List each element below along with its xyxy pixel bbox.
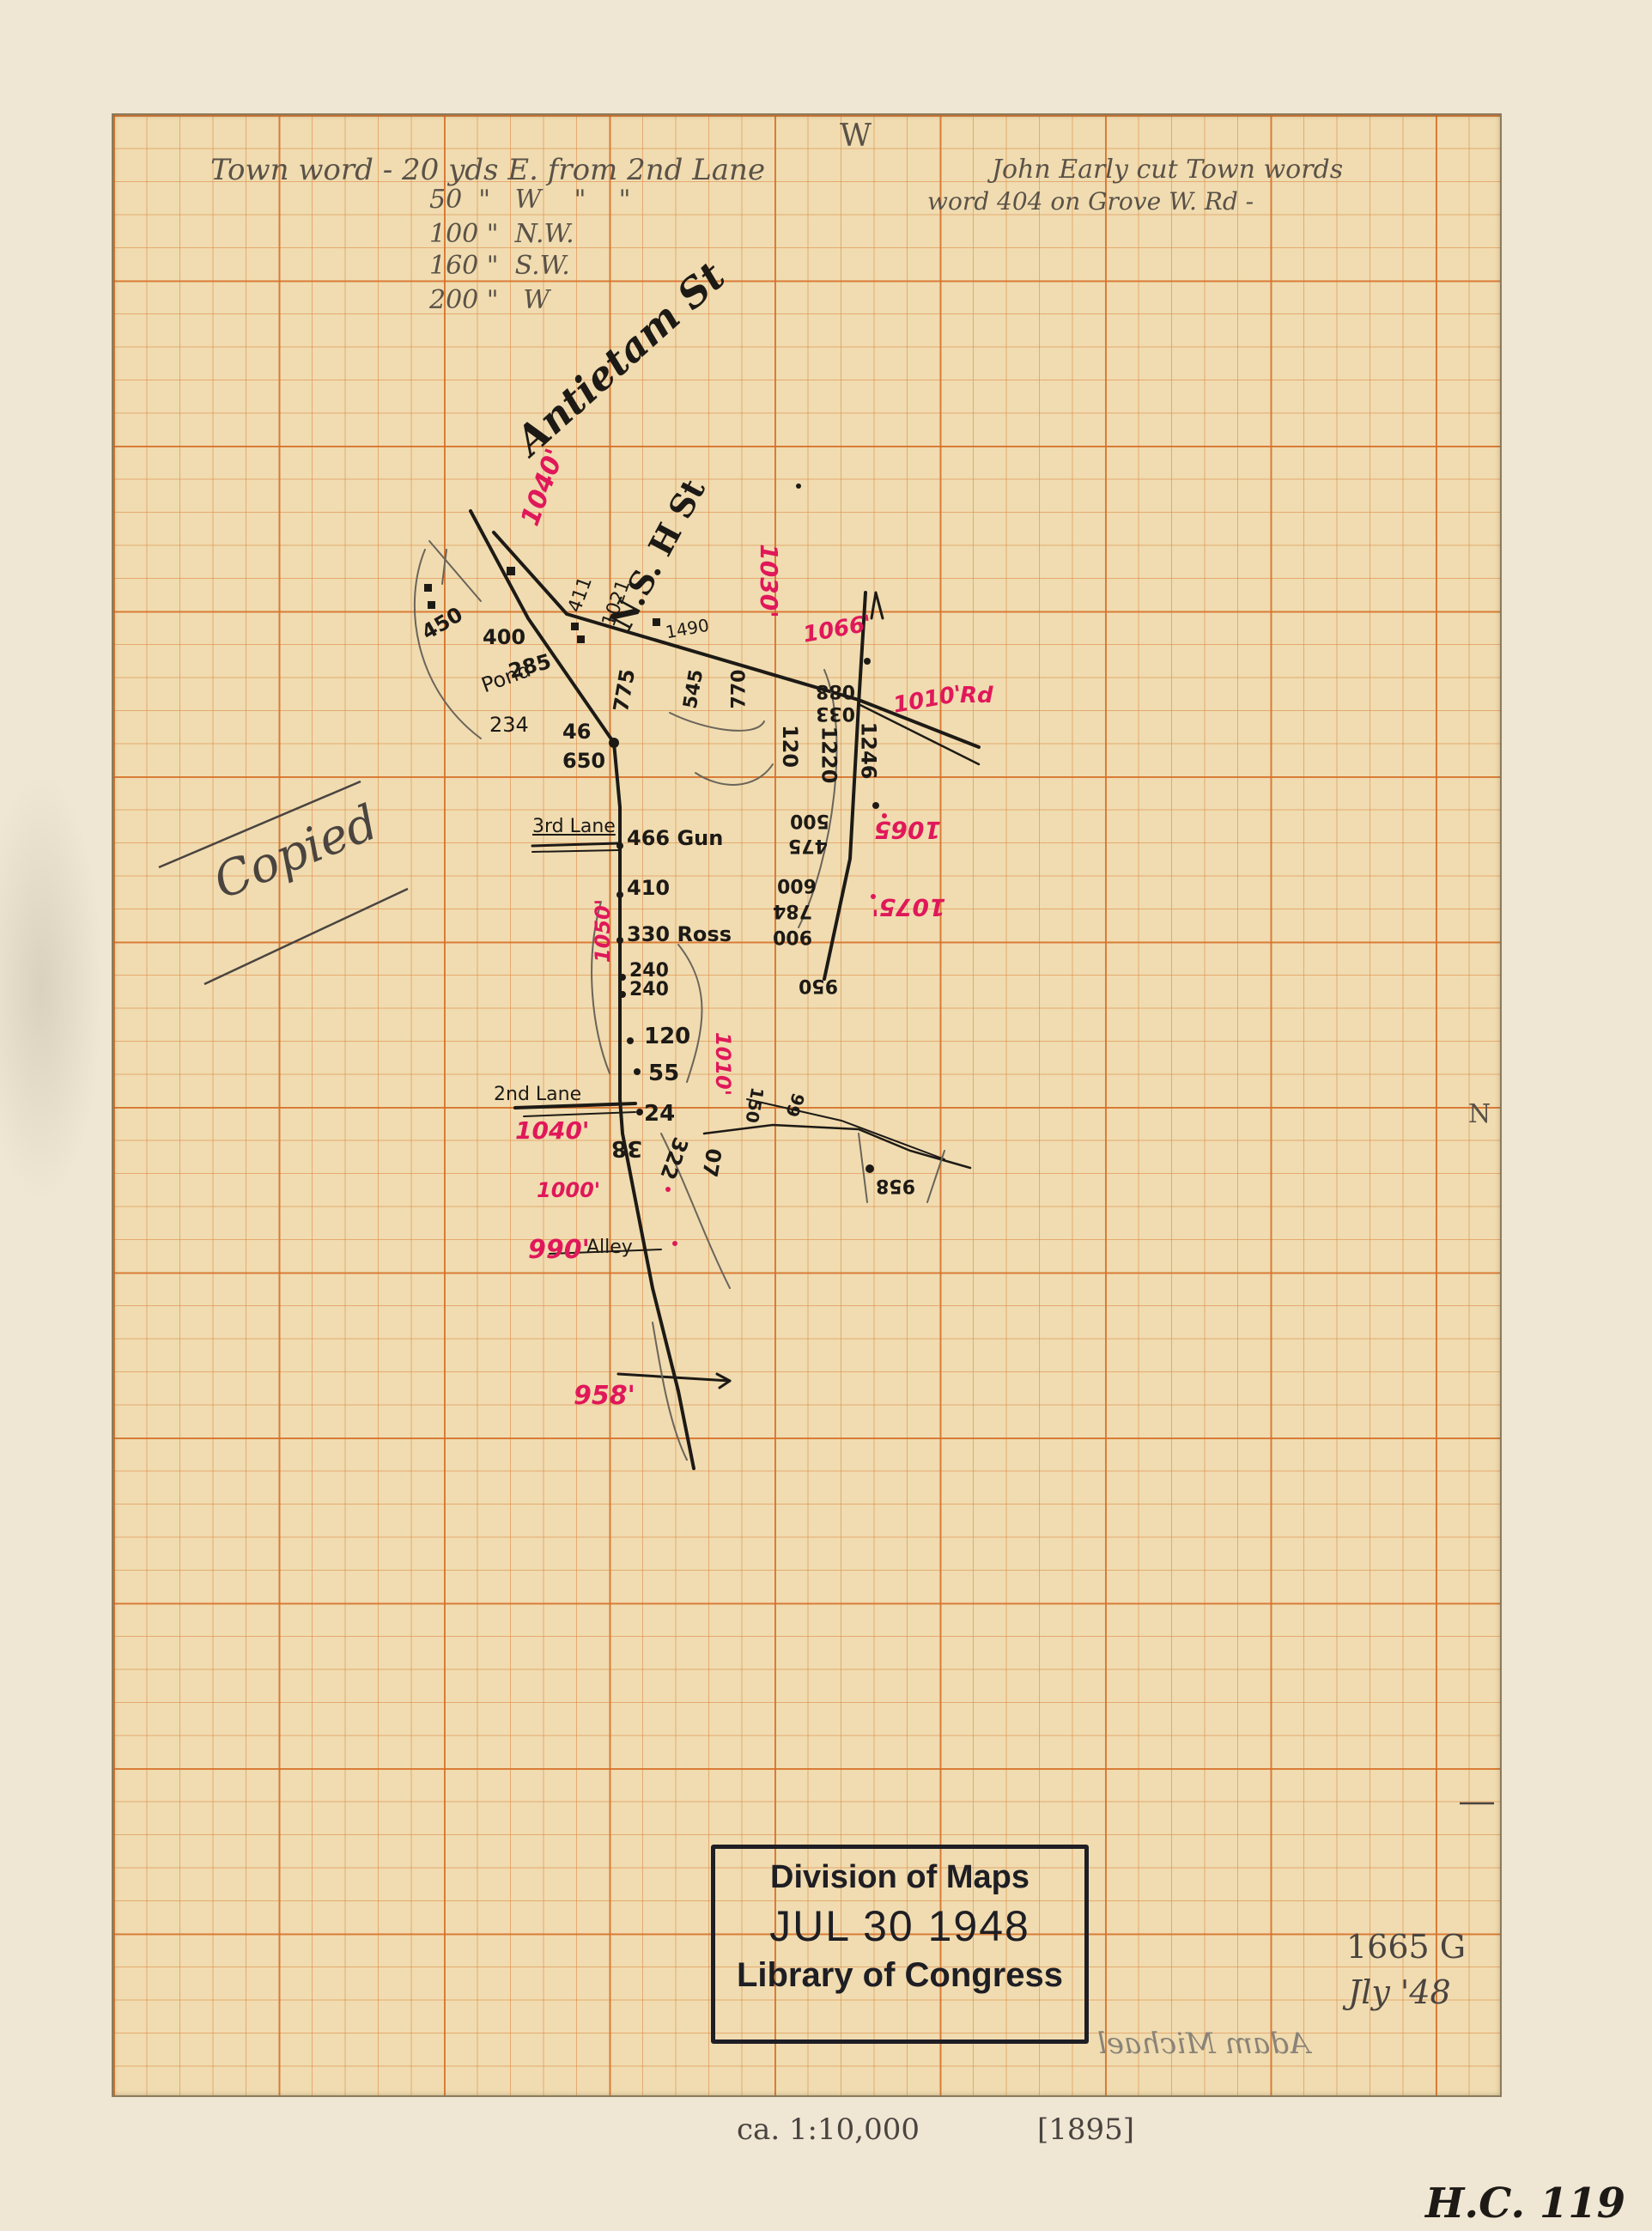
library-stamp: Division of Maps JUL 30 1948 Library of … [711,1845,1089,2044]
survey-number: 500 [790,810,829,831]
stamp-library: Library of Congress [715,1956,1084,1995]
street-label-third-lane: 3rd Lane [532,816,616,837]
elevation-mark: 1050' [591,899,615,963]
survey-number: 240 [629,979,669,1000]
survey-number: 400 [483,625,525,649]
survey-number: 466 Gun [627,826,723,850]
survey-number: 55 [648,1061,679,1086]
survey-number: 410 [627,876,670,900]
elevation-mark: 1030' [755,544,783,618]
survey-number: 120 [778,725,802,768]
note-town-word-line3: 100 " N.W. [429,219,574,249]
note-john-early-line1: John Early cut Town words [992,155,1343,185]
survey-number: 900 [773,926,812,947]
catalog-code: 1665 G [1346,1928,1466,1966]
label-rd: Rd [960,683,993,708]
survey-number: 1246 [856,722,880,780]
survey-number: 088 [816,680,855,702]
reversed-signature: Adam Michael [1097,2027,1310,2061]
road-east [824,593,865,979]
survey-number: 600 [777,874,817,896]
survey-number: 770 [728,670,750,709]
survey-number: 38 [611,1135,642,1161]
elevation-mark: 1040' [515,1116,590,1145]
elevation-mark: 1010' [711,1032,735,1096]
call-number: H.C. 119 [1425,2179,1625,2228]
scale-note: ca. 1:10,000 [737,2112,920,2147]
elevation-mark: 958' [574,1381,635,1411]
survey-number: 120 [644,1024,690,1049]
survey-number: 784 [773,900,812,921]
survey-number: 330 Ross [627,922,732,946]
elevation-mark: 1065 [874,816,941,844]
street-label-second-lane: 2nd Lane [494,1084,581,1105]
catalog-date: Jly '48 [1348,1973,1451,2011]
survey-number: 1220 [817,726,841,784]
note-town-word-line5: 200 " W [429,285,550,315]
elevation-mark: 990' [528,1235,590,1265]
date-note: [1895] [1037,2112,1134,2147]
elevation-mark: 1000' [537,1178,600,1202]
survey-number: 958 [876,1175,915,1196]
survey-number: 24 [644,1101,675,1127]
elevation-mark: 1075' [872,893,946,921]
survey-number: 475 [788,835,828,856]
survey-number: 650 [562,749,605,773]
compass-mark-north: N [1468,1099,1491,1129]
street-label-alley: Alley [586,1237,633,1258]
survey-number: 234 [489,713,529,737]
survey-number: 033 [816,702,855,724]
note-town-word-line1: Town word - 20 yds E. from 2nd Lane [210,153,765,187]
survey-number: 46 [562,720,591,744]
survey-number: 950 [799,975,838,996]
note-town-word-line2: 50 " W " " [429,185,630,215]
stamp-date: JUL 30 1948 [715,1901,1084,1951]
note-town-word-line4: 160 " S.W. [429,251,570,281]
note-john-early-line2: word 404 on Grove W. Rd - [927,187,1254,216]
compass-mark-west: W [840,119,872,154]
survey-number: 07 [697,1146,726,1179]
stamp-division: Division of Maps [715,1859,1084,1896]
